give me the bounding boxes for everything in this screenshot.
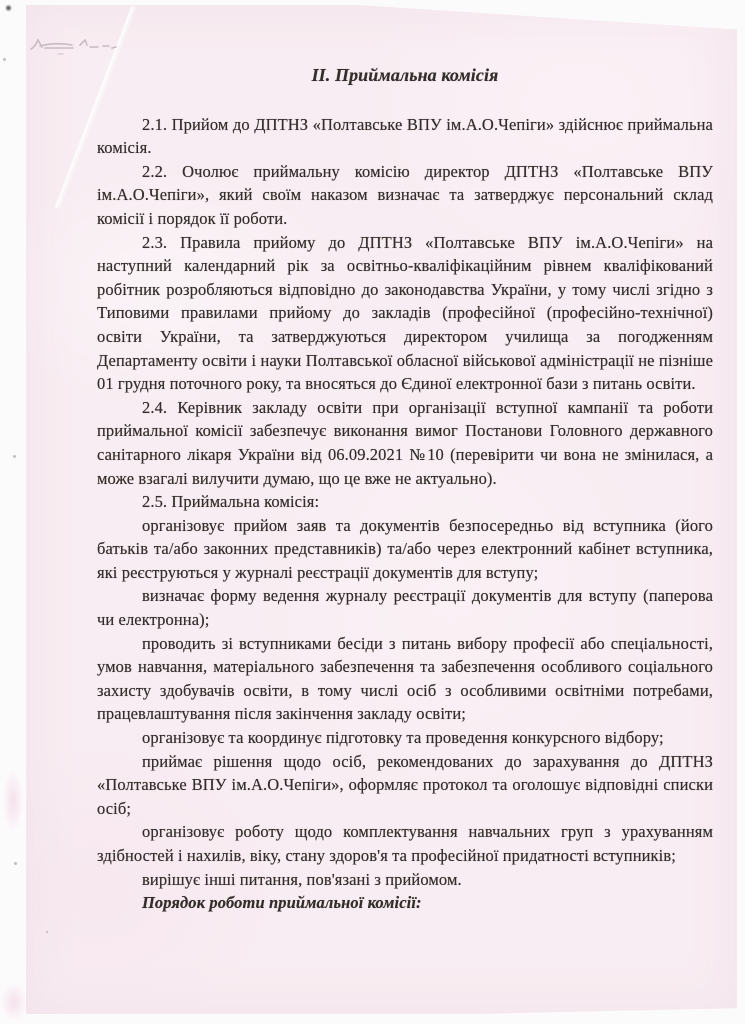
paragraph-item-applications: організовує прийом заяв та документів бе… [97,514,713,585]
paragraph-2-5: 2.5. Приймальна комісія: [97,490,713,514]
scan-speck [13,455,16,458]
scan-speck [14,862,17,865]
paragraph-2-4: 2.4. Керівник закладу освіти при організ… [97,396,713,490]
paragraph-item-journal-form: визначає форму ведення журналу реєстраці… [97,584,713,631]
paragraph-item-selection: організовує та координує підготовку та п… [97,726,713,750]
paragraph-item-interviews: проводить зі вступниками бесіди з питань… [97,632,713,726]
paragraph-item-decisions: приймає рішення щодо осіб, рекомендовани… [97,750,713,821]
paragraph-2-1: 2.1. Прийом до ДПТНЗ «Полтавське ВПУ ім.… [97,113,713,160]
closing-heading: Порядок роботи приймальної комісії: [97,891,713,915]
scan-speck [46,931,48,933]
paragraph-2-3: 2.3. Правила прийому до ДПТНЗ «Полтавськ… [97,231,713,396]
ink-speck [5,4,12,12]
scan-speck [3,58,6,61]
section-title: ІІ. Приймальна комісія [97,64,713,88]
scan-smudge [2,768,24,834]
paragraph-item-groups: організовує роботу щодо комплектування н… [97,820,713,867]
paragraph-2-2: 2.2. Очолює приймальну комісію директор … [97,160,713,231]
paragraph-item-other: вирішує інші питання, пов'язані з прийом… [97,868,713,892]
scan-smudge [0,982,28,1022]
document-text: ІІ. Приймальна комісія 2.1. Прийом до ДП… [97,64,713,915]
scanned-page: ІІ. Приймальна комісія 2.1. Прийом до ДП… [0,0,745,1024]
